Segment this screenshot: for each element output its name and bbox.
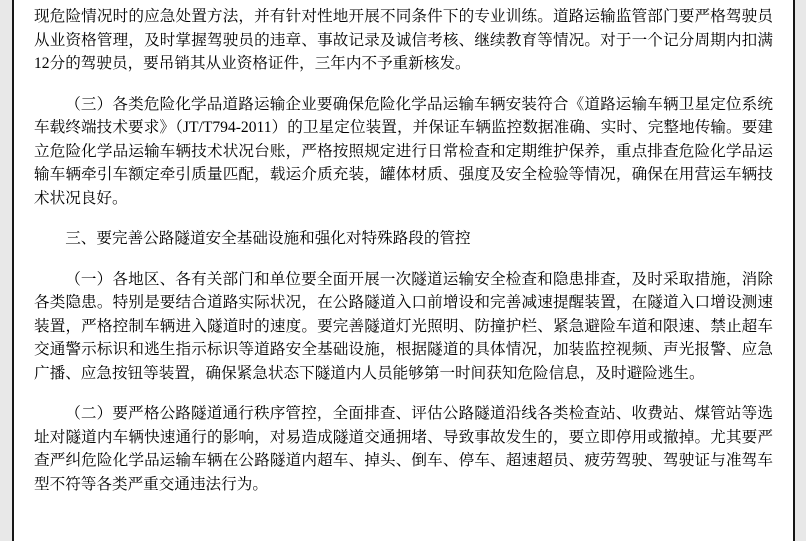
paragraph-continuation: 现危险情况时的应急处置方法，并有针对性地开展不同条件下的专业训练。道路运输监管部… [34, 5, 773, 76]
section-heading: 三、要完善公路隧道安全基础设施和强化对特殊路段的管控 [34, 227, 773, 251]
paragraph-item-1: （一）各地区、各有关部门和单位要全面开展一次隧道运输安全检查和隐患排查，及时采取… [34, 268, 773, 386]
paragraph-item-3: （三）各类危险化学品道路运输企业要确保危险化学品运输车辆安装符合《道路运输车辆卫… [34, 93, 773, 211]
document-page: 现危险情况时的应急处置方法，并有针对性地开展不同条件下的专业训练。道路运输监管部… [12, 0, 795, 541]
document-viewer: { "colors": { "viewer_background": "#e8e… [0, 0, 806, 541]
paragraph-item-2: （二）要严格公路隧道通行秩序管控，全面排查、评估公路隧道沿线各类检查站、收费站、… [34, 402, 773, 496]
